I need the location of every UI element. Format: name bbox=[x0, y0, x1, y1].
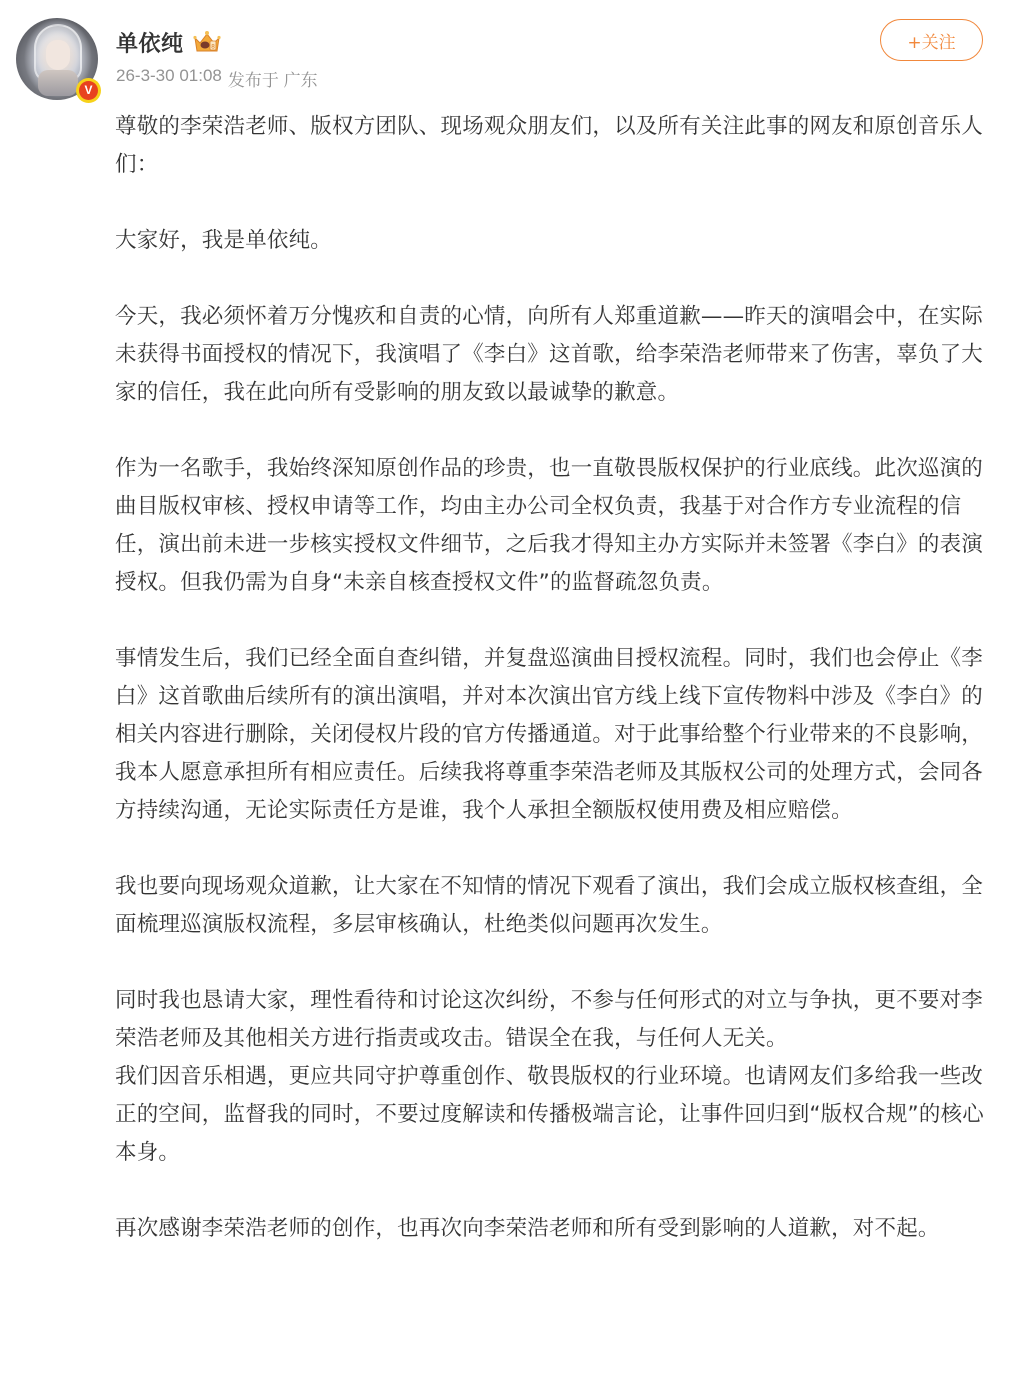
crown-icon[interactable]: 8 bbox=[192, 29, 222, 55]
paragraph-explanation: 作为一名歌手，我始终深知原创作品的珍贵，也一直敬畏版权保护的行业底线。此次巡演的… bbox=[115, 450, 985, 602]
post-meta: 26-3-30 01:08 发布于 广东 bbox=[116, 66, 318, 91]
avatar-face bbox=[46, 40, 70, 70]
post-source: 发布于 广东 bbox=[228, 66, 318, 91]
avatar-hands bbox=[38, 70, 78, 96]
post-body: 尊敬的李荣浩老师、版权方团队、现场观众朋友们，以及所有关注此事的网友和原创音乐人… bbox=[115, 108, 985, 1286]
avatar[interactable]: V bbox=[16, 18, 98, 100]
paragraph-apology: 今天，我必须怀着万分愧疚和自责的心情，向所有人郑重道歉——昨天的演唱会中，在实际… bbox=[115, 298, 985, 412]
post-time[interactable]: 26-3-30 01:08 bbox=[116, 66, 222, 91]
post-header: V 单依纯 8 26-3-30 01:08 发布于 广东 +关注 bbox=[0, 0, 1016, 105]
follow-button[interactable]: +关注 bbox=[880, 19, 983, 61]
paragraph-salutation: 尊敬的李荣浩老师、版权方团队、现场观众朋友们，以及所有关注此事的网友和原创音乐人… bbox=[115, 108, 985, 184]
weibo-post: V 单依纯 8 26-3-30 01:08 发布于 广东 +关注 bbox=[0, 0, 1016, 1386]
username-row: 单依纯 8 bbox=[116, 26, 222, 58]
paragraph-greeting: 大家好，我是单依纯。 bbox=[115, 222, 985, 260]
paragraph-community: 我们因音乐相遇，更应共同守护尊重创作、敬畏版权的行业环境。也请网友们多给我一些改… bbox=[115, 1058, 985, 1172]
paragraph-audience-apology: 我也要向现场观众道歉，让大家在不知情的情况下观看了演出，我们会成立版权核查组，全… bbox=[115, 868, 985, 944]
svg-text:8: 8 bbox=[211, 44, 215, 51]
paragraph-closing: 再次感谢李荣浩老师的创作，也再次向李荣浩老师和所有受到影响的人道歉，对不起。 bbox=[115, 1210, 985, 1248]
paragraph-actions: 事情发生后，我们已经全面自查纠错，并复盘巡演曲目授权流程。同时，我们也会停止《李… bbox=[115, 640, 985, 830]
paragraph-request: 同时我也恳请大家，理性看待和讨论这次纠纷，不参与任何形式的对立与争执，更不要对李… bbox=[115, 982, 985, 1058]
verified-badge-icon: V bbox=[76, 78, 101, 103]
username[interactable]: 单依纯 bbox=[116, 27, 184, 58]
